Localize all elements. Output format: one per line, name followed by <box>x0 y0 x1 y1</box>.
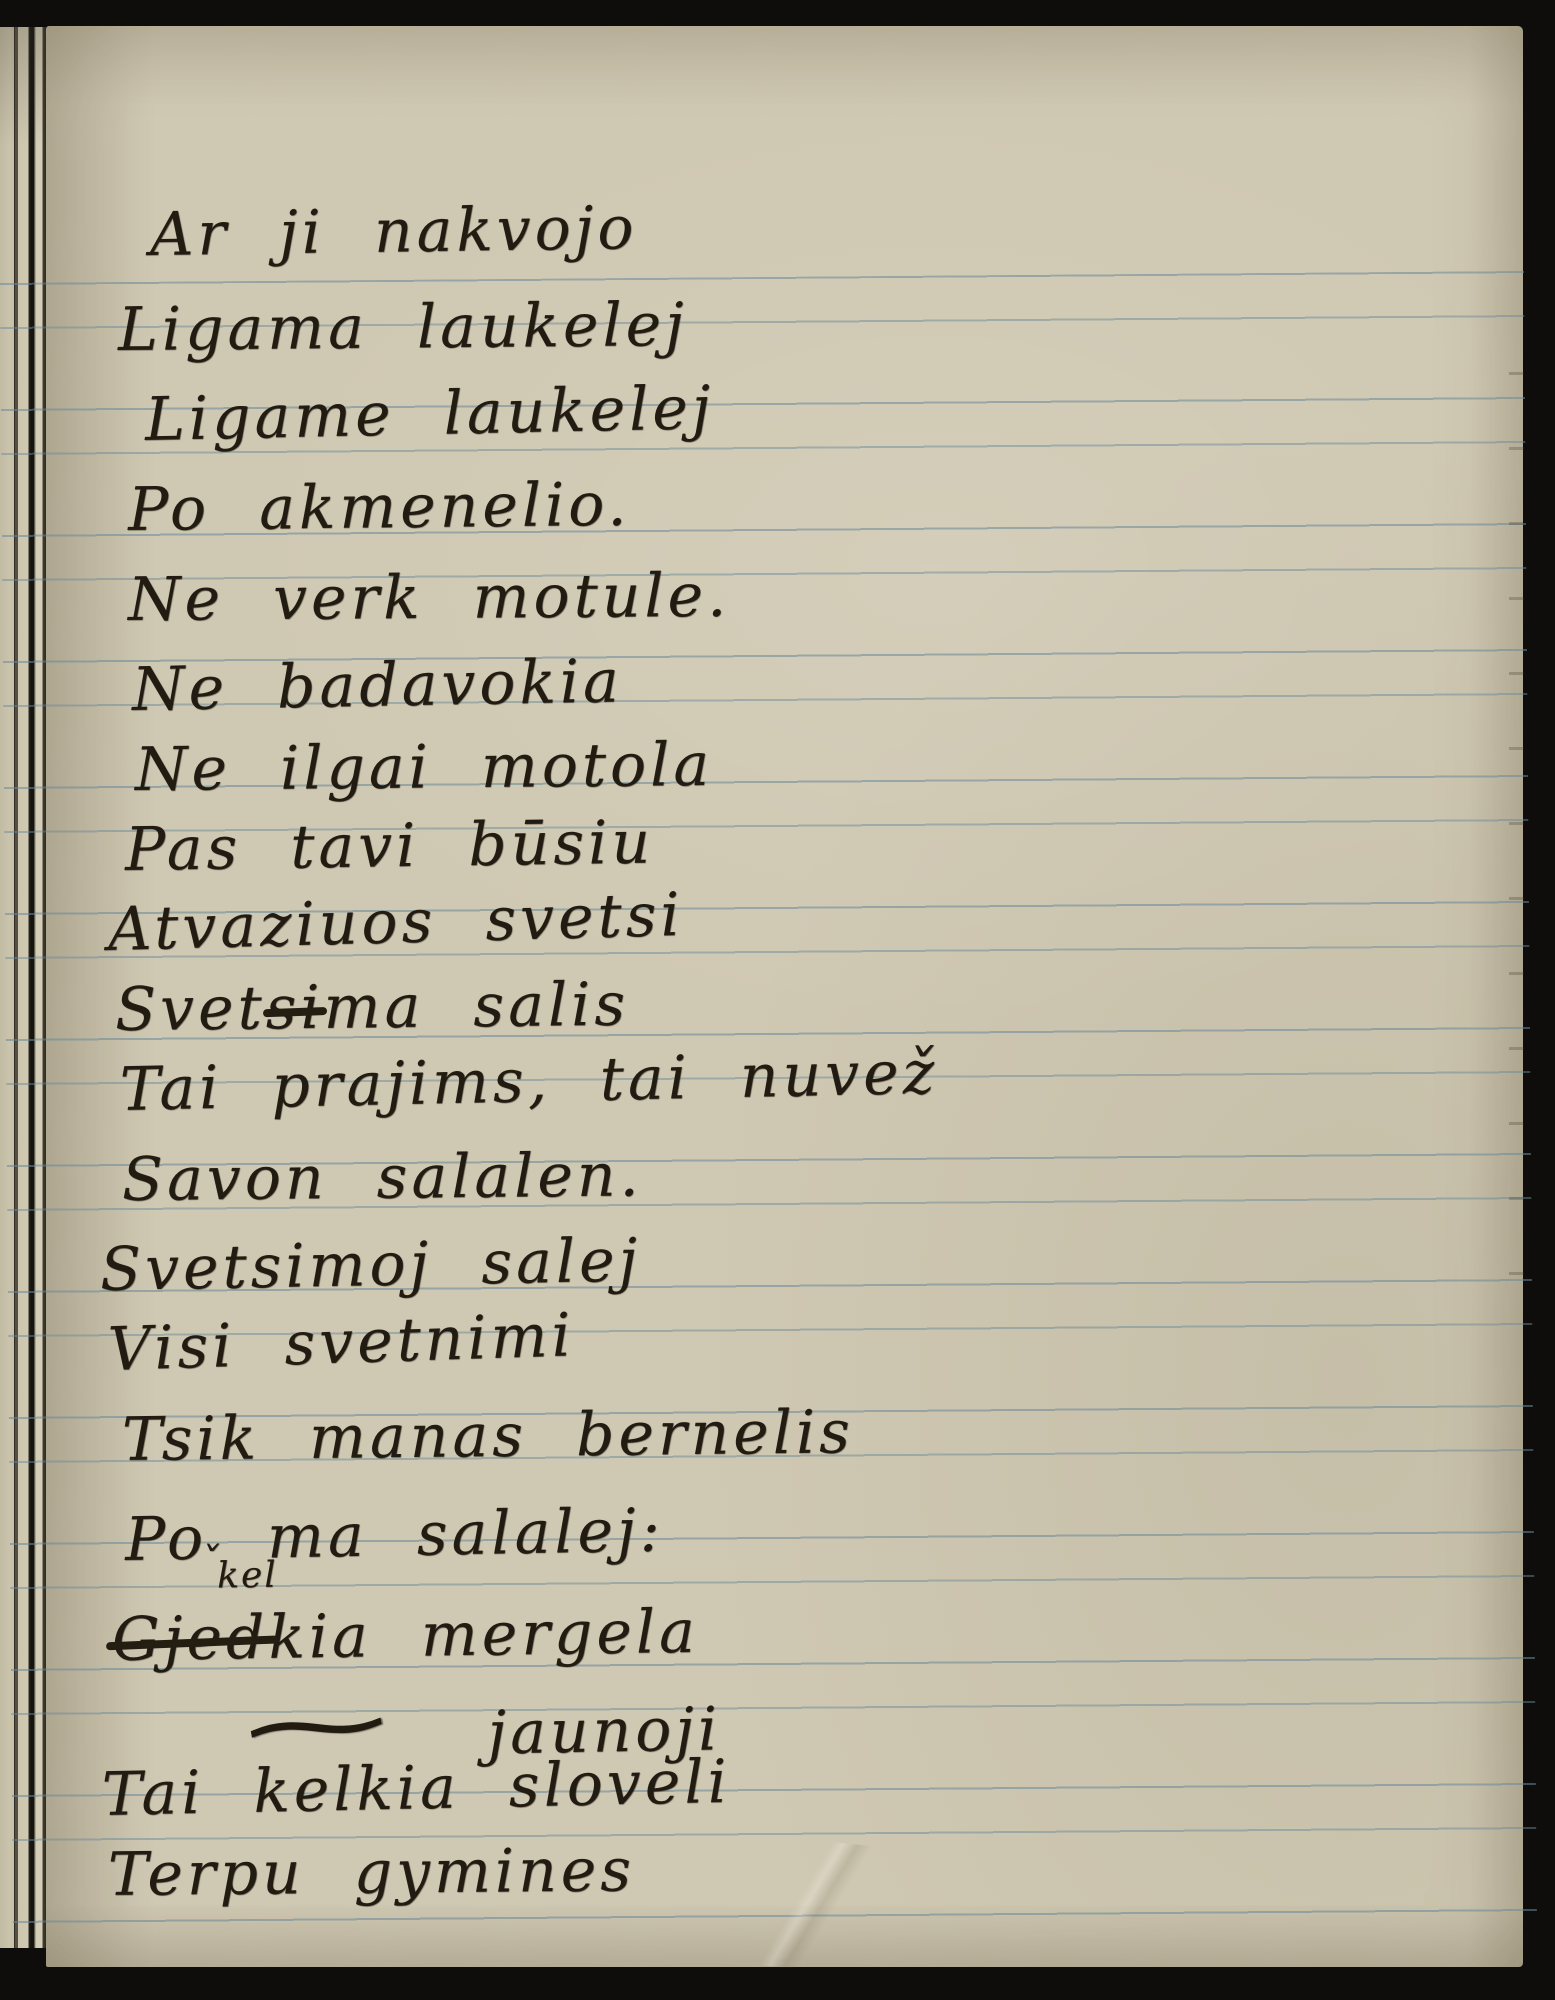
handwritten-line: Ar ji nakvojo <box>150 193 638 270</box>
handwritten-line: Ligame laukelej <box>144 373 715 455</box>
handwriting-layer: Ar ji nakvojoLigama laukelejLigame lauke… <box>0 0 1555 2000</box>
handwritten-text: Po akmenelio. <box>128 470 631 545</box>
handwritten-text: Tai prajims, tai nuvež <box>119 1038 939 1125</box>
handwritten-text: Savon salalen. <box>122 1140 643 1215</box>
handwritten-text: Svetsimoj salej <box>99 1226 641 1305</box>
handwritten-text: Atvaziuos svetsi <box>107 880 684 965</box>
handwritten-text: Po <box>124 1504 207 1575</box>
inserted-correction: ˇkel <box>199 1551 278 1598</box>
insertion-text: kel <box>217 1555 278 1597</box>
handwritten-text: Ne badavokia <box>131 646 623 725</box>
handwritten-line: Savon salalen. <box>122 1140 643 1215</box>
handwritten-line: Pas tavi būsiu <box>125 808 655 885</box>
struck-text: Gjed <box>112 1603 269 1675</box>
handwritten-line: Ne verk motule. <box>128 561 731 635</box>
handwritten-text: Tsik manas bernelis <box>122 1397 855 1475</box>
handwritten-text: Ligama laukelej <box>118 290 688 365</box>
handwritten-line: Atvaziuos svetsi <box>107 880 684 965</box>
handwritten-text: Ar ji nakvojo <box>150 193 638 270</box>
handwritten-text: Pas tavi būsiu <box>125 808 655 885</box>
handwritten-line: Tsik manas bernelis <box>122 1397 855 1475</box>
handwritten-line: Terpu gymines <box>108 1835 636 1910</box>
handwritten-line: Ne badavokia <box>131 646 623 725</box>
struck-text: si <box>265 973 324 1044</box>
handwritten-text: Ligame laukelej <box>144 373 715 455</box>
handwritten-text: kia mergela <box>268 1597 699 1673</box>
handwritten-line: Ligama laukelej <box>118 290 688 365</box>
handwritten-text: Visi svetnimi <box>107 1300 576 1385</box>
handwritten-text: Svet <box>115 973 266 1045</box>
handwritten-line: Gjedkia mergelaˇkel <box>112 1597 700 1675</box>
handwritten-line: Svetsima salis <box>115 970 630 1045</box>
caret-mark: ˇ <box>199 1539 222 1585</box>
notebook-scan: Ar ji nakvojoLigama laukelejLigame lauke… <box>0 0 1555 2000</box>
handwritten-text: Ne ilgai motola <box>135 730 714 805</box>
handwritten-text: ma salis <box>323 970 629 1043</box>
handwritten-text: ma salalej: <box>266 1496 664 1573</box>
handwritten-line: Ne ilgai motola <box>135 730 714 805</box>
handwritten-text: Tai kelkia sloveli <box>101 1747 731 1830</box>
handwritten-line: Tai prajims, tai nuvež <box>119 1038 939 1125</box>
handwritten-text: Terpu gymines <box>108 1835 636 1910</box>
handwritten-line: Po akmenelio. <box>128 470 631 545</box>
handwritten-line: Visi svetnimi <box>107 1300 576 1385</box>
handwritten-line: Svetsimoj salej <box>99 1226 641 1305</box>
handwritten-text: Ne verk motule. <box>128 561 731 635</box>
handwritten-line: Tai kelkia sloveli <box>101 1747 731 1830</box>
